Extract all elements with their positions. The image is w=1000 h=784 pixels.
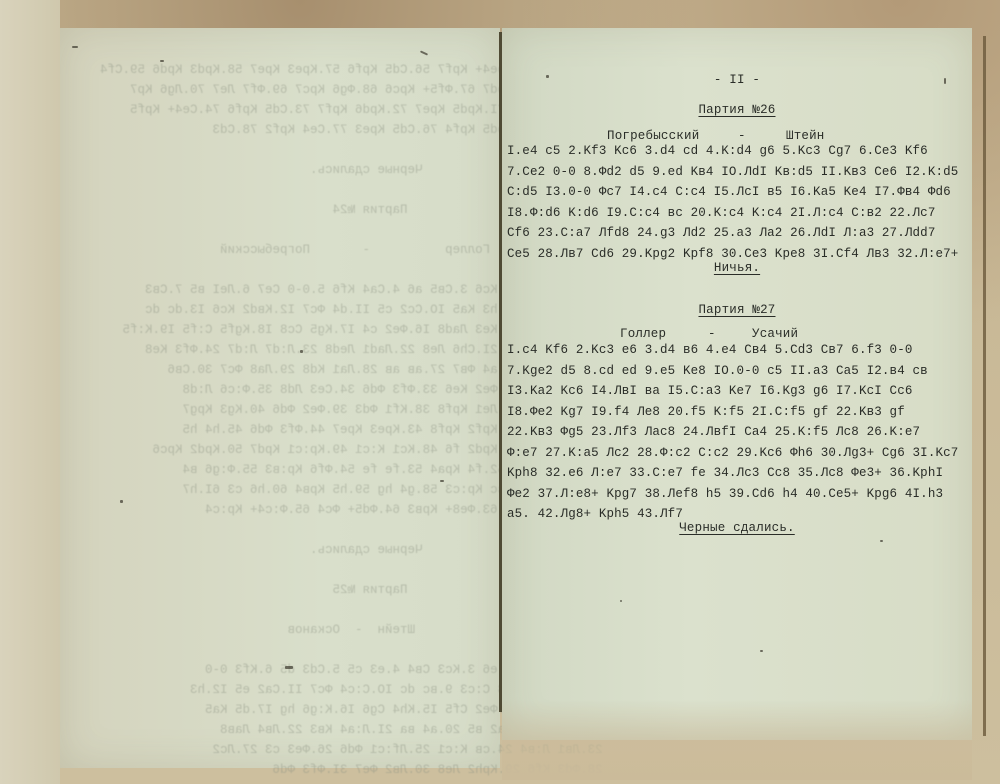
game-26-black-player: Штейн [786, 126, 825, 146]
game-26-white-player: Погребысский [607, 126, 699, 146]
game-27-result: Черные сдались. [502, 518, 972, 538]
page-number: - II - [502, 70, 972, 90]
game-26-separator: - [738, 126, 746, 146]
paper-fleck [546, 75, 549, 78]
paper-fleck [440, 480, 444, 482]
outer-margin [0, 0, 60, 784]
game-27-white-player: Голлер [620, 324, 666, 344]
moves-line: I3.Ka2 Kc6 I4.ЛвI вa I5.C:a3 Ke7 I6.Kg3 … [507, 384, 977, 405]
left-page: ·55.Kpe4+ Kpf7 56.Cd5 Kpf6 57.Kpe3 Kpe7 … [60, 28, 500, 768]
moves-line: I8.Ф:d6 K:d6 I9.C:c4 вc 20.K:c4 K:c4 2I.… [507, 206, 977, 227]
game-26-moves: I.e4 c5 2.Kf3 Kc6 3.d4 cd 4.K:d4 g6 5.Kc… [507, 144, 977, 267]
moves-line: 22.Kв3 Фg5 23.Лf3 Лac8 24.ЛвfI Ca4 25.K:… [507, 425, 977, 446]
paper-fleck [760, 650, 763, 652]
paper-fleck [620, 600, 622, 602]
game-27-separator: - [708, 324, 716, 344]
paper-fleck [300, 350, 303, 353]
paper-fleck [944, 78, 946, 84]
moves-line: Фe2 37.Л:e8+ Kpg7 38.Лef8 h5 39.Cd6 h4 4… [507, 487, 977, 508]
moves-line: Cf6 23.C:a7 Лfd8 24.g3 Лd2 25.a3 Лa2 26.… [507, 226, 977, 247]
paper-fleck [72, 46, 78, 48]
game-27-moves: I.c4 Kf6 2.Kc3 e6 3.d4 в6 4.e4 Cв4 5.Cd3… [507, 343, 977, 528]
paper-fleck [285, 666, 293, 669]
game-27-title: Партия №27 [502, 300, 972, 320]
moves-line: Kph8 32.e6 Л:e7 33.C:e7 fe 34.Лc3 Cc8 35… [507, 466, 977, 487]
moves-line: I.e4 c5 2.Kf3 Kc6 3.d4 cd 4.K:d4 g6 5.Kc… [507, 144, 977, 165]
page-edge [983, 36, 986, 736]
paper-fleck [880, 540, 883, 542]
game-27-black-player: Усачий [752, 324, 798, 344]
moves-line: I8.Фe2 Kg7 I9.f4 Лe8 20.f5 K:f5 2I.C:f5 … [507, 405, 977, 426]
moves-line: C:d5 I3.0-0 Фc7 I4.c4 C:c4 I5.ЛcI в5 I6.… [507, 185, 977, 206]
paper-fleck [160, 60, 164, 62]
game-26-title: Партия №26 [502, 100, 972, 120]
moves-line: 7.Ce2 0-0 8.Фd2 d5 9.ed Kв4 IO.ЛdI Kв:d5… [507, 165, 977, 186]
moves-line: 7.Kge2 d5 8.cd ed 9.e5 Ke8 IO.0-0 c5 II.… [507, 364, 977, 385]
moves-line: Ф:e7 27.K:a5 Лc2 28.Ф:c2 C:c2 29.Kc6 Фh6… [507, 446, 977, 467]
book-spine-edge [499, 32, 502, 712]
paper-fleck [120, 500, 123, 503]
game-26-result: Ничья. [502, 258, 972, 278]
moves-line: I.c4 Kf6 2.Kc3 e6 3.d4 в6 4.e4 Cв4 5.Cd3… [507, 343, 977, 364]
